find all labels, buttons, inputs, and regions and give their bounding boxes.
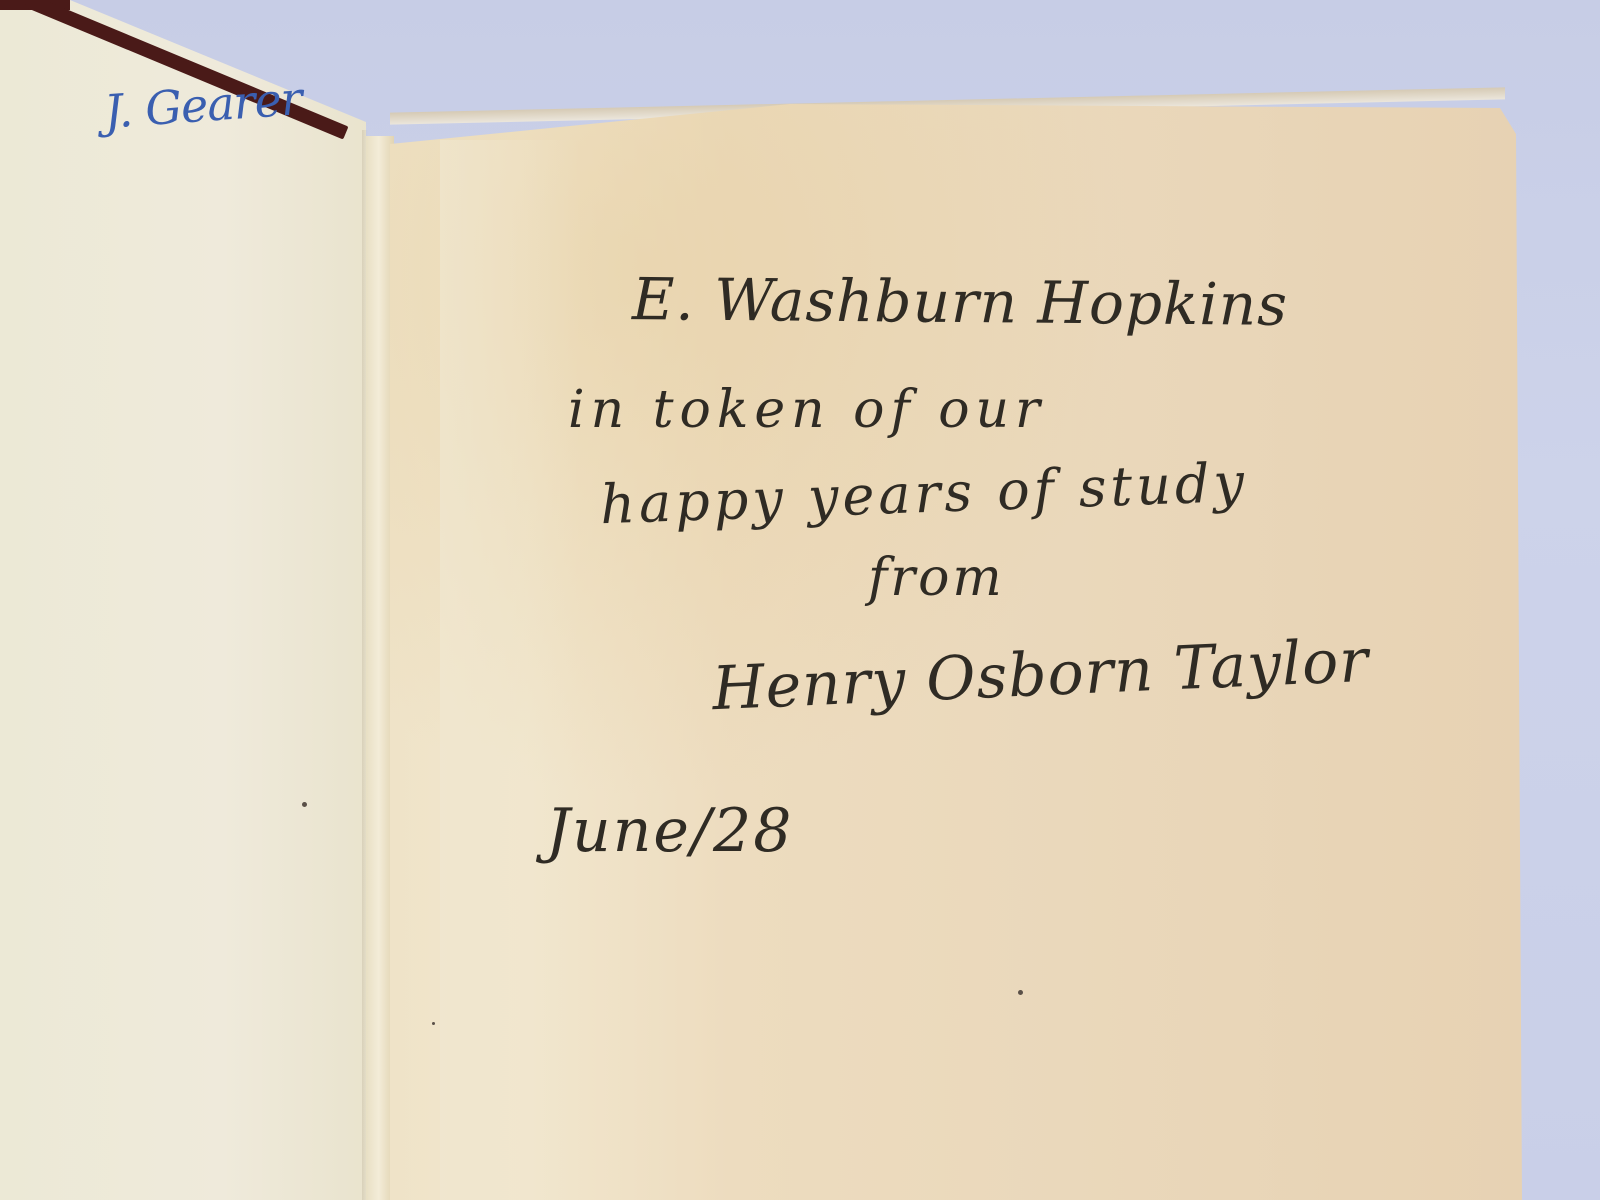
book-gutter	[366, 136, 394, 1200]
paper-speck	[302, 802, 307, 807]
inscription-line: from	[868, 548, 1005, 608]
inscription-date: June/28	[546, 796, 793, 866]
paper-speck	[1018, 990, 1023, 995]
water-stain	[440, 140, 580, 1200]
inscription-line: in token of our	[568, 380, 1046, 440]
left-endpaper	[0, 0, 372, 1200]
inscription-recipient: E. Washburn Hopkins	[632, 265, 1289, 339]
paper-speck	[432, 1022, 435, 1025]
